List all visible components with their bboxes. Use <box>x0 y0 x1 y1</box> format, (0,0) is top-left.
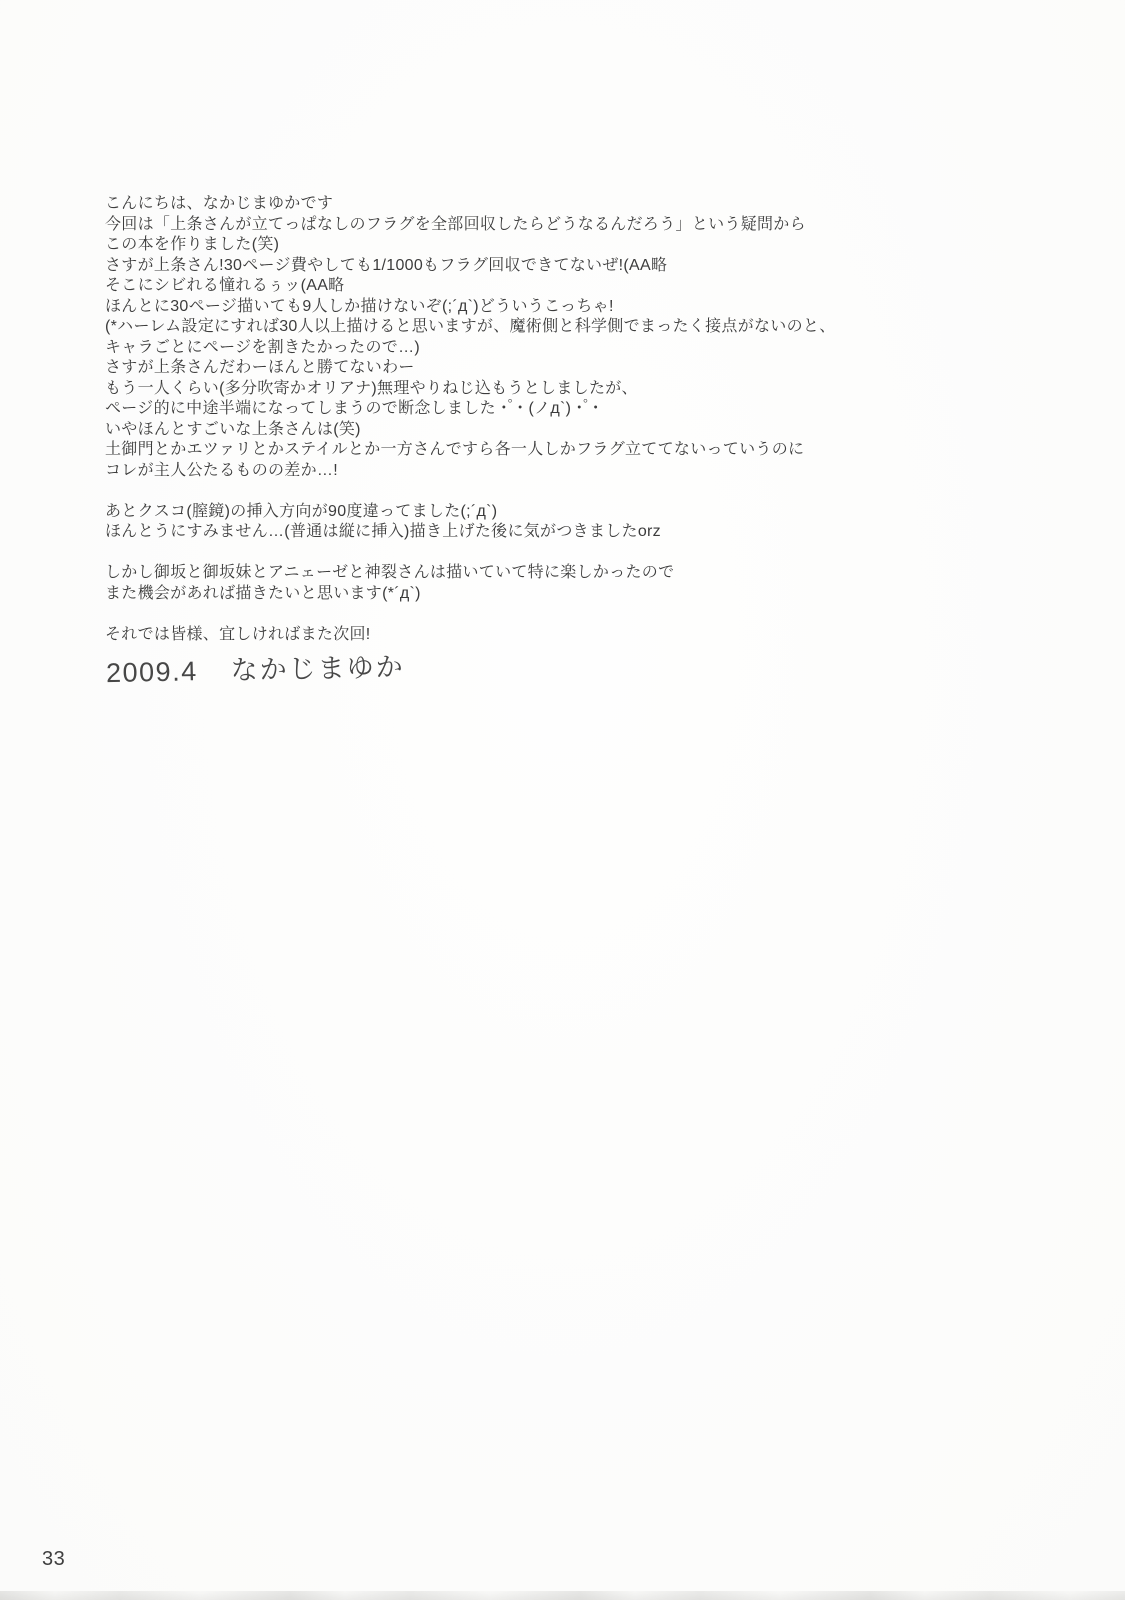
afterword-line: あとクスコ(膣鏡)の挿入方向が90度違ってました(;´д`) <box>105 502 836 523</box>
afterword-line: キャラごとにページを割きたかったので…) <box>105 338 836 359</box>
afterword-line: この本を作りました(笑) <box>105 235 836 256</box>
afterword-line: (*ハーレム設定にすれば30人以上描けると思いますが、魔術側と科学側でまったく接… <box>105 317 836 338</box>
scanned-afterword-page: こんにちは、なかじまゆかです今回は「上条さんが立てっぱなしのフラグを全部回収した… <box>0 0 1125 1600</box>
afterword-text: こんにちは、なかじまゆかです今回は「上条さんが立てっぱなしのフラグを全部回収した… <box>105 194 836 645</box>
afterword-line: ほんとうにすみません…(普通は縦に挿入)描き上げた後に気がつきましたorz <box>105 522 836 543</box>
page-number: 33 <box>42 1548 65 1571</box>
afterword-line: こんにちは、なかじまゆかです <box>105 194 836 215</box>
afterword-line: もう一人くらい(多分吹寄かオリアナ)無理やりねじ込もうとしましたが、 <box>105 379 836 400</box>
afterword-line: ほんとに30ページ描いても9人しか描けないぞ(;´д`)どういうこっちゃ! <box>105 297 836 318</box>
afterword-line: 今回は「上条さんが立てっぱなしのフラグを全部回収したらどうなるんだろう」という疑… <box>105 215 836 236</box>
signature: 2009.4 なかじまゆか <box>106 645 405 690</box>
afterword-line: さすが上条さんだわーほんと勝てないわー <box>105 358 836 379</box>
afterword-line: コレが主人公たるものの差か…! <box>105 461 836 482</box>
afterword-line: そこにシビれる憧れるぅッ(AA略 <box>105 276 836 297</box>
afterword-line <box>105 481 836 502</box>
afterword-line: それでは皆様、宜しければまた次回! <box>105 625 836 646</box>
signature-name: なかじまゆか <box>230 652 405 686</box>
afterword-line: さすが上条さん!30ページ費やしても1/1000もフラグ回収できてないぜ!(AA… <box>105 256 836 277</box>
afterword-line: いやほんとすごいな上条さんは(笑) <box>105 420 836 441</box>
afterword-line: また機会があれば描きたいと思います(*´д`) <box>105 584 836 605</box>
afterword-line: ページ的に中途半端になってしまうので断念しました・゚・(ノд`)・゚・ <box>105 399 836 420</box>
afterword-line: 土御門とかエツァリとかステイルとか一方さんですら各一人しかフラグ立ててないってい… <box>105 440 836 461</box>
scan-edge-artifact <box>0 1591 1125 1600</box>
afterword-line: しかし御坂と御坂妹とアニェーゼと神裂さんは描いていて特に楽しかったので <box>105 563 836 584</box>
afterword-line <box>105 543 836 564</box>
signature-date: 2009.4 <box>106 656 198 688</box>
afterword-line <box>105 604 836 625</box>
